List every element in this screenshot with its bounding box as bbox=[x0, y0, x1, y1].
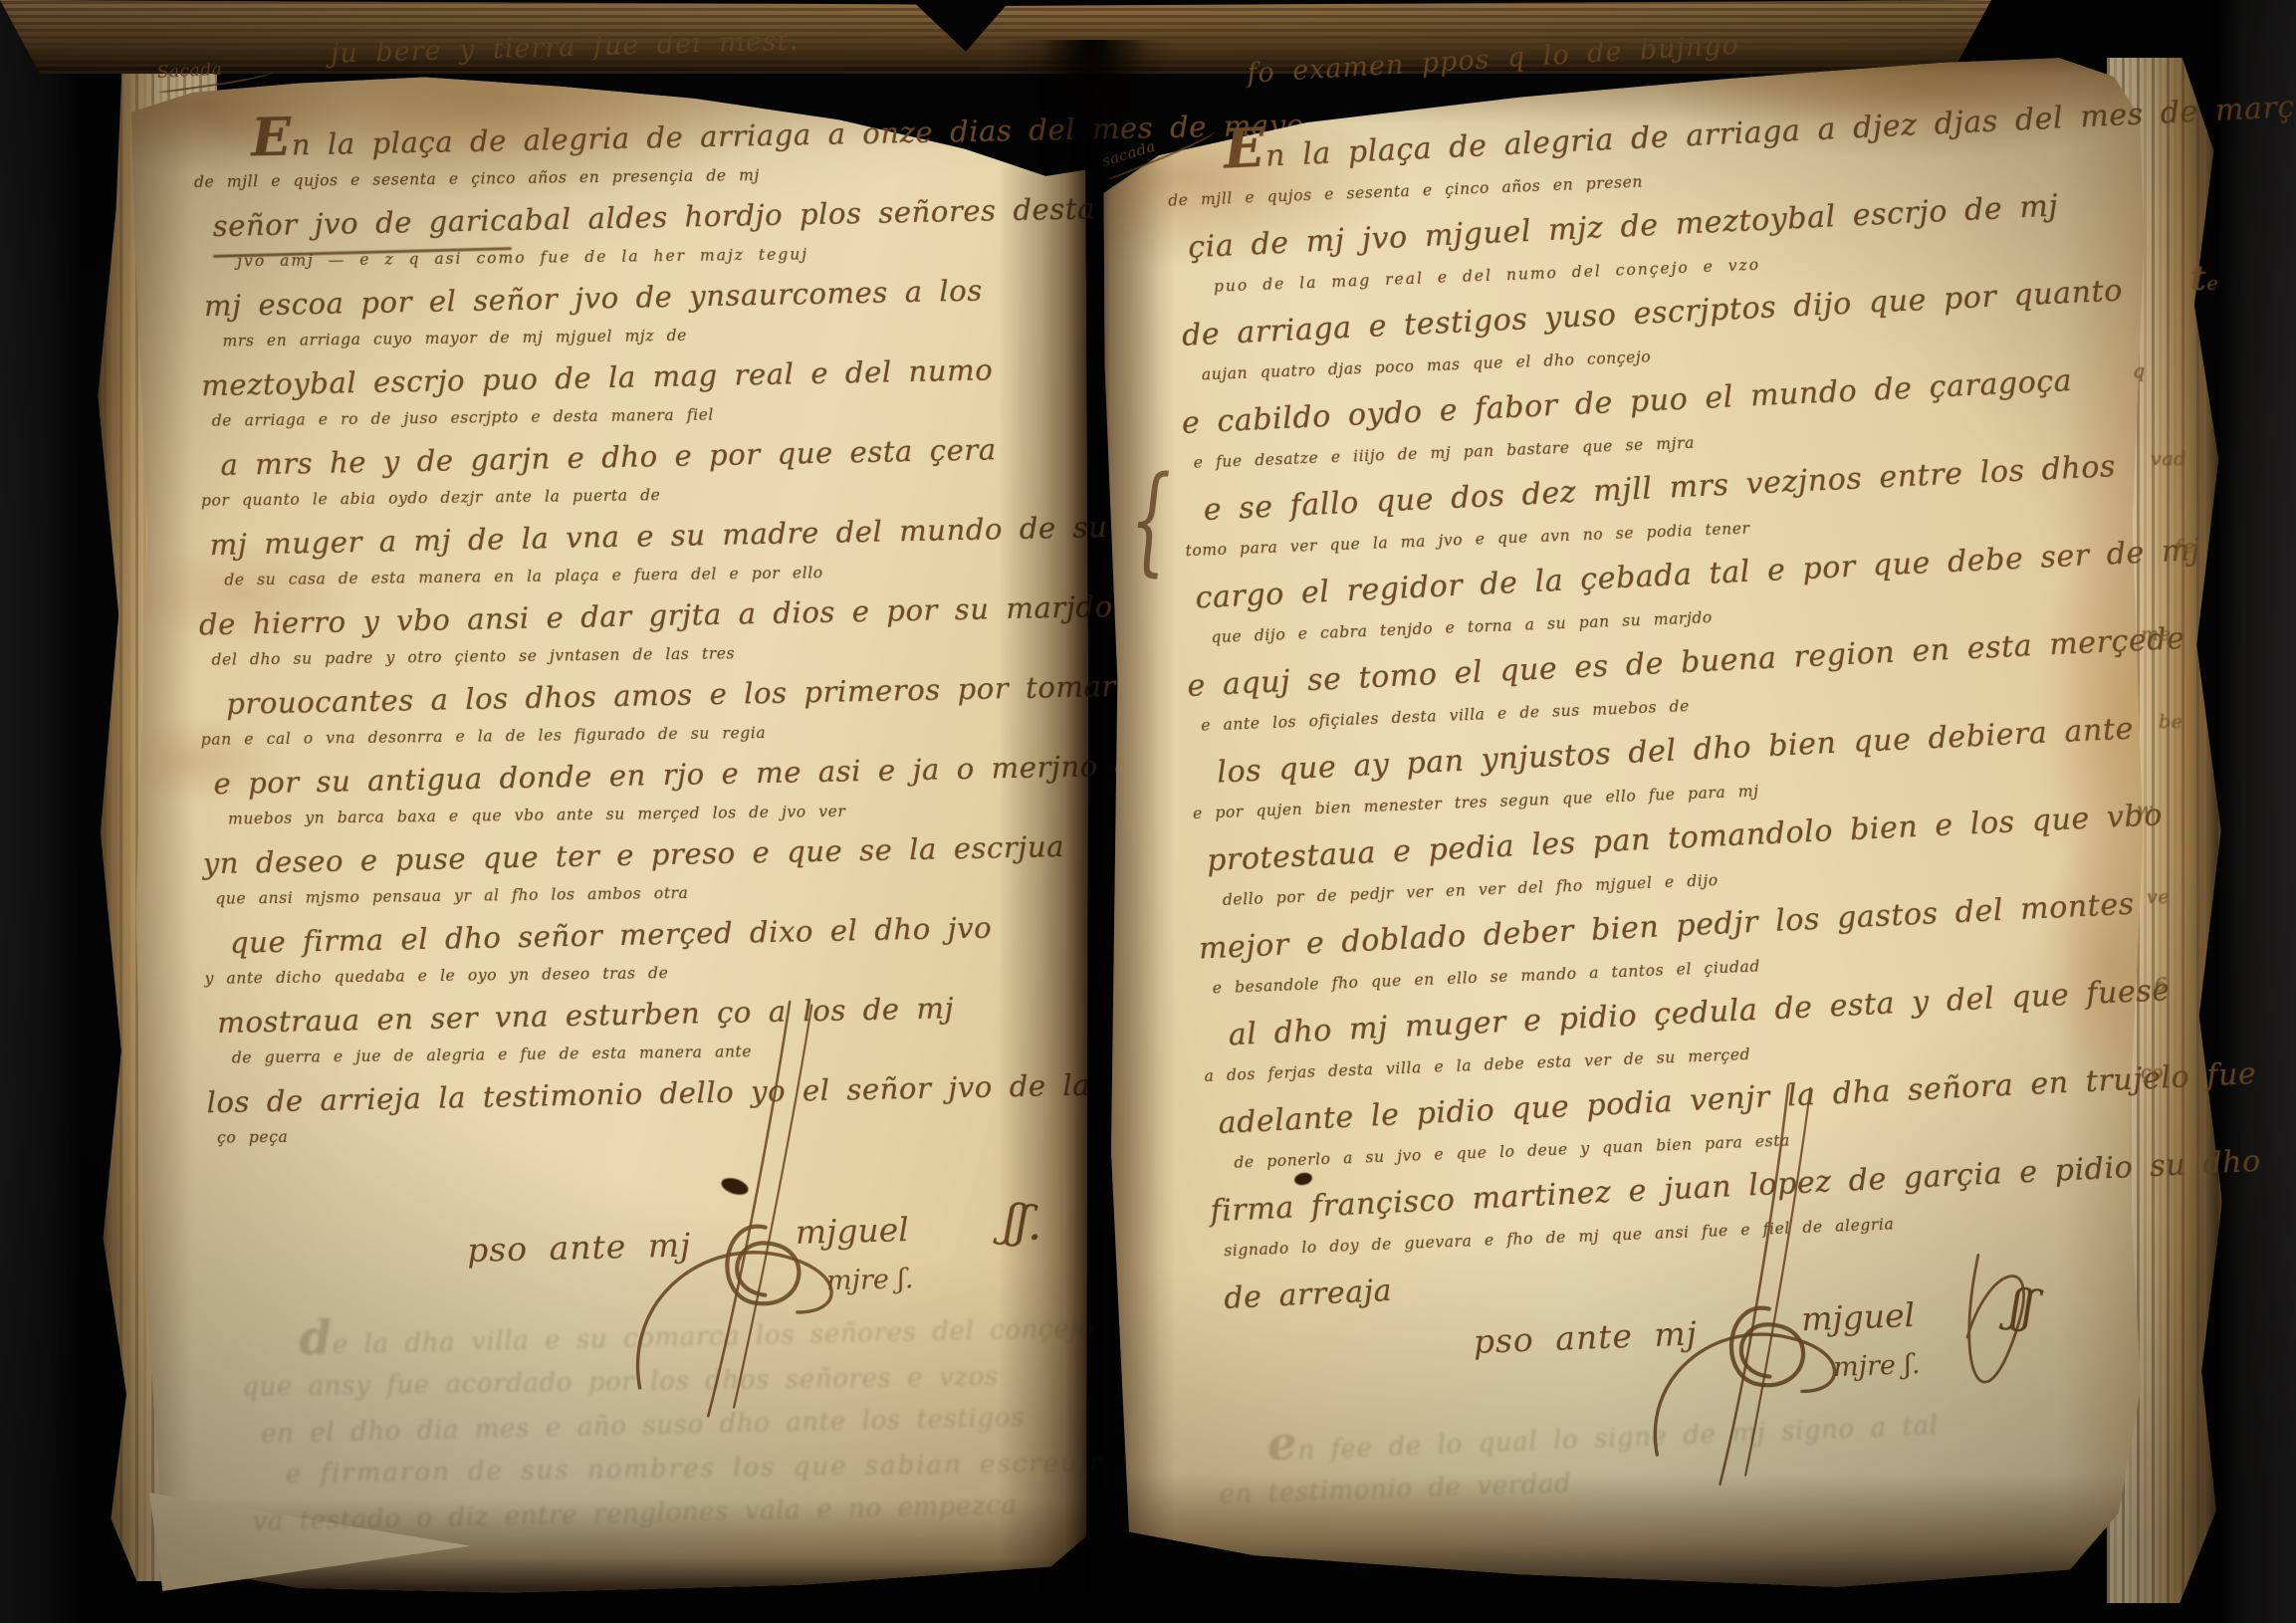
signature-paraph: ʃʃ. bbox=[1001, 1193, 1046, 1252]
edge-note: vad bbox=[2151, 415, 2198, 503]
edge-note: ve bbox=[2147, 853, 2198, 941]
edge-note: te bbox=[2190, 235, 2198, 328]
signature-name: mjguel bbox=[795, 1210, 909, 1252]
signature-name: mjguel bbox=[1800, 1295, 1915, 1338]
left-margin-note-sacada: Sacada bbox=[156, 57, 275, 93]
signature-subscript: mjre ʃ. bbox=[826, 1264, 914, 1296]
margin-brace: { bbox=[1130, 450, 1171, 587]
edge-note: q bbox=[2133, 328, 2198, 415]
manuscript-photo: Sacada ju bere y tierra fue dei mest. de… bbox=[0, 0, 2296, 1623]
background-left-band bbox=[0, 0, 78, 1623]
edge-note: me bbox=[2141, 590, 2198, 678]
signature-paraph: ʃʃ bbox=[2007, 1277, 2038, 1334]
edge-note: w bbox=[2137, 766, 2198, 853]
fore-edge-margin-notes: teqvadfemebewve6ço bbox=[2129, 235, 2198, 1116]
edge-note: fe bbox=[2175, 503, 2198, 590]
edge-note: ço bbox=[2141, 1029, 2198, 1116]
edge-note: be bbox=[2159, 678, 2198, 766]
edge-note: 6 bbox=[2155, 941, 2198, 1029]
signature-subscript: mjre ʃ. bbox=[1832, 1349, 1920, 1383]
right-signature: pso ante mj mjguel ʃʃ mjre ʃ. bbox=[1472, 1272, 2074, 1434]
signature-prefix: pso ante mj bbox=[467, 1225, 692, 1269]
left-signature: pso ante mj mjguel ʃʃ. mjre ʃ. bbox=[466, 1188, 1066, 1342]
